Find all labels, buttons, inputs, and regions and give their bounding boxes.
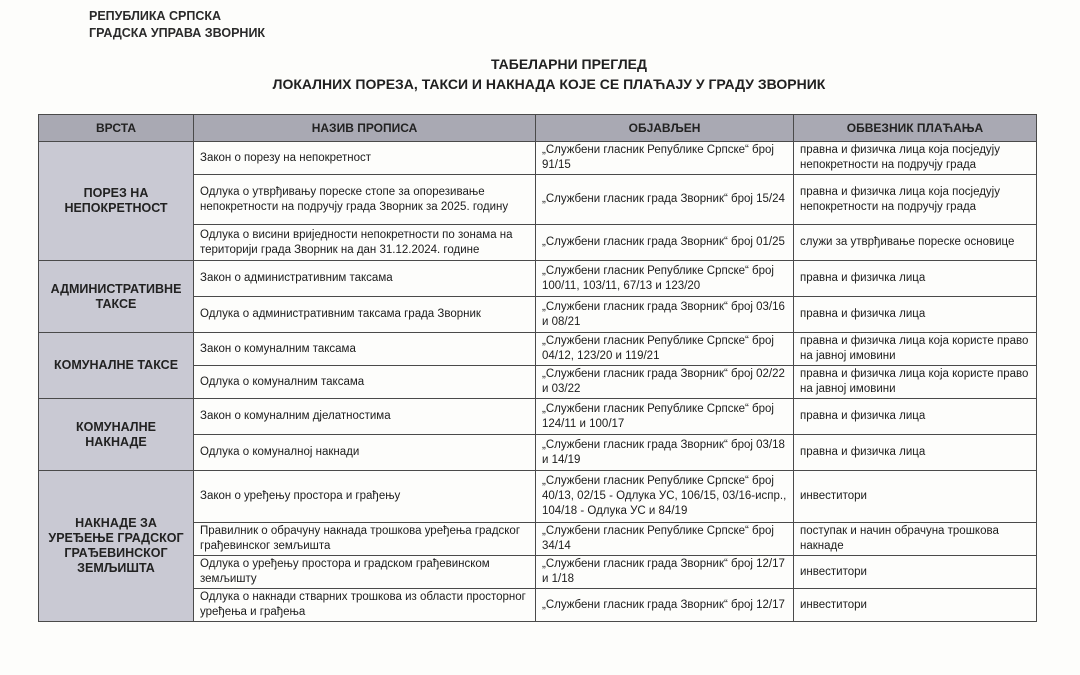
payer-cell: правна и физичка лица: [794, 435, 1037, 471]
category-cell: КОМУНАЛНЕ ТАКСЕ: [39, 333, 194, 399]
table-row: ПОРЕЗ НА НЕПОКРЕТНОСТЗакон о порезу на н…: [39, 142, 1037, 175]
column-header-published: ОБЈАВЉЕН: [536, 115, 794, 142]
payer-cell: инвеститори: [794, 556, 1037, 589]
payer-cell: правна и физичка лица која посједују неп…: [794, 175, 1037, 225]
published-cell: „Службени гласник града Зворник“ број 15…: [536, 175, 794, 225]
tax-overview-table: ВРСТА НАЗИВ ПРОПИСА ОБЈАВЉЕН ОБВЕЗНИК ПЛ…: [38, 114, 1037, 622]
org-administration: ГРАДСКА УПРАВА ЗВОРНИК: [89, 25, 265, 42]
regulation-cell: Закон о комуналним дјелатностима: [194, 399, 536, 435]
published-cell: „Службени гласник Републике Српске“ број…: [536, 142, 794, 175]
regulation-cell: Закон о порезу на непокретност: [194, 142, 536, 175]
title-line-1: ТАБЕЛАРНИ ПРЕГЛЕД: [0, 54, 1080, 74]
payer-cell: поступак и начин обрачуна трошкова накна…: [794, 523, 1037, 556]
published-cell: „Службени гласник града Зворник“ број 01…: [536, 225, 794, 261]
published-cell: „Службени гласник Републике Српске“ број…: [536, 523, 794, 556]
published-cell: „Службени гласник Републике Српске“ број…: [536, 333, 794, 366]
org-republic: РЕПУБЛИКА СРПСКА: [89, 8, 265, 25]
payer-cell: правна и физичка лица: [794, 261, 1037, 297]
published-cell: „Службени гласник Републике Српске“ број…: [536, 261, 794, 297]
payer-cell: инвеститори: [794, 471, 1037, 523]
table-row: АДМИНИСТРАТИВНЕ ТАКСЕЗакон о администрат…: [39, 261, 1037, 297]
table-row: КОМУНАЛНЕ ТАКСЕЗакон о комуналним таксам…: [39, 333, 1037, 366]
regulation-cell: Одлука о утврђивању пореске стопе за опо…: [194, 175, 536, 225]
column-header-regulation: НАЗИВ ПРОПИСА: [194, 115, 536, 142]
regulation-cell: Одлука о висини вриједности непокретност…: [194, 225, 536, 261]
published-cell: „Службени гласник града Зворник“ број 02…: [536, 366, 794, 399]
published-cell: „Службени гласник града Зворник“ број 12…: [536, 556, 794, 589]
published-cell: „Службени гласник града Зворник“ број 03…: [536, 297, 794, 333]
published-cell: „Службени гласник Републике Српске“ број…: [536, 399, 794, 435]
table-header-row: ВРСТА НАЗИВ ПРОПИСА ОБЈАВЉЕН ОБВЕЗНИК ПЛ…: [39, 115, 1037, 142]
table-row: НАКНАДЕ ЗА УРЕЂЕЊЕ ГРАДСКОГ ГРАЂЕВИНСКОГ…: [39, 471, 1037, 523]
table-row: КОМУНАЛНЕ НАКНАДЕЗакон о комуналним дјел…: [39, 399, 1037, 435]
payer-cell: служи за утврђивање пореске основице: [794, 225, 1037, 261]
category-cell: НАКНАДЕ ЗА УРЕЂЕЊЕ ГРАДСКОГ ГРАЂЕВИНСКОГ…: [39, 471, 194, 622]
organization-header: РЕПУБЛИКА СРПСКА ГРАДСКА УПРАВА ЗВОРНИК: [89, 8, 265, 42]
payer-cell: правна и физичка лица која користе право…: [794, 366, 1037, 399]
category-cell: ПОРЕЗ НА НЕПОКРЕТНОСТ: [39, 142, 194, 261]
regulation-cell: Закон о комуналним таксама: [194, 333, 536, 366]
payer-cell: правна и физичка лица: [794, 399, 1037, 435]
column-header-payer: ОБВЕЗНИК ПЛАЋАЊА: [794, 115, 1037, 142]
regulation-cell: Одлука о уређењу простора и градском гра…: [194, 556, 536, 589]
regulation-cell: Закон о уређењу простора и грађењу: [194, 471, 536, 523]
document-title: ТАБЕЛАРНИ ПРЕГЛЕД ЛОКАЛНИХ ПОРЕЗА, ТАКСИ…: [0, 54, 1080, 94]
published-cell: „Службени гласник Републике Српске“ број…: [536, 471, 794, 523]
payer-cell: правна и физичка лица која користе право…: [794, 333, 1037, 366]
published-cell: „Службени гласник града Зворник“ број 12…: [536, 589, 794, 622]
title-line-2: ЛОКАЛНИХ ПОРЕЗА, ТАКСИ И НАКНАДА КОЈЕ СЕ…: [0, 74, 1080, 94]
category-cell: КОМУНАЛНЕ НАКНАДЕ: [39, 399, 194, 471]
payer-cell: правна и физичка лица: [794, 297, 1037, 333]
regulation-cell: Одлука о административним таксама града …: [194, 297, 536, 333]
regulation-cell: Одлука о комуналним таксама: [194, 366, 536, 399]
column-header-type: ВРСТА: [39, 115, 194, 142]
regulation-cell: Правилник о обрачуну накнада трошкова ур…: [194, 523, 536, 556]
regulation-cell: Закон о административним таксама: [194, 261, 536, 297]
regulation-cell: Одлука о накнади стварних трошкова из об…: [194, 589, 536, 622]
payer-cell: инвеститори: [794, 589, 1037, 622]
published-cell: „Службени гласник града Зворник“ број 03…: [536, 435, 794, 471]
regulation-cell: Одлука о комуналној накнади: [194, 435, 536, 471]
category-cell: АДМИНИСТРАТИВНЕ ТАКСЕ: [39, 261, 194, 333]
payer-cell: правна и физичка лица која посједују неп…: [794, 142, 1037, 175]
